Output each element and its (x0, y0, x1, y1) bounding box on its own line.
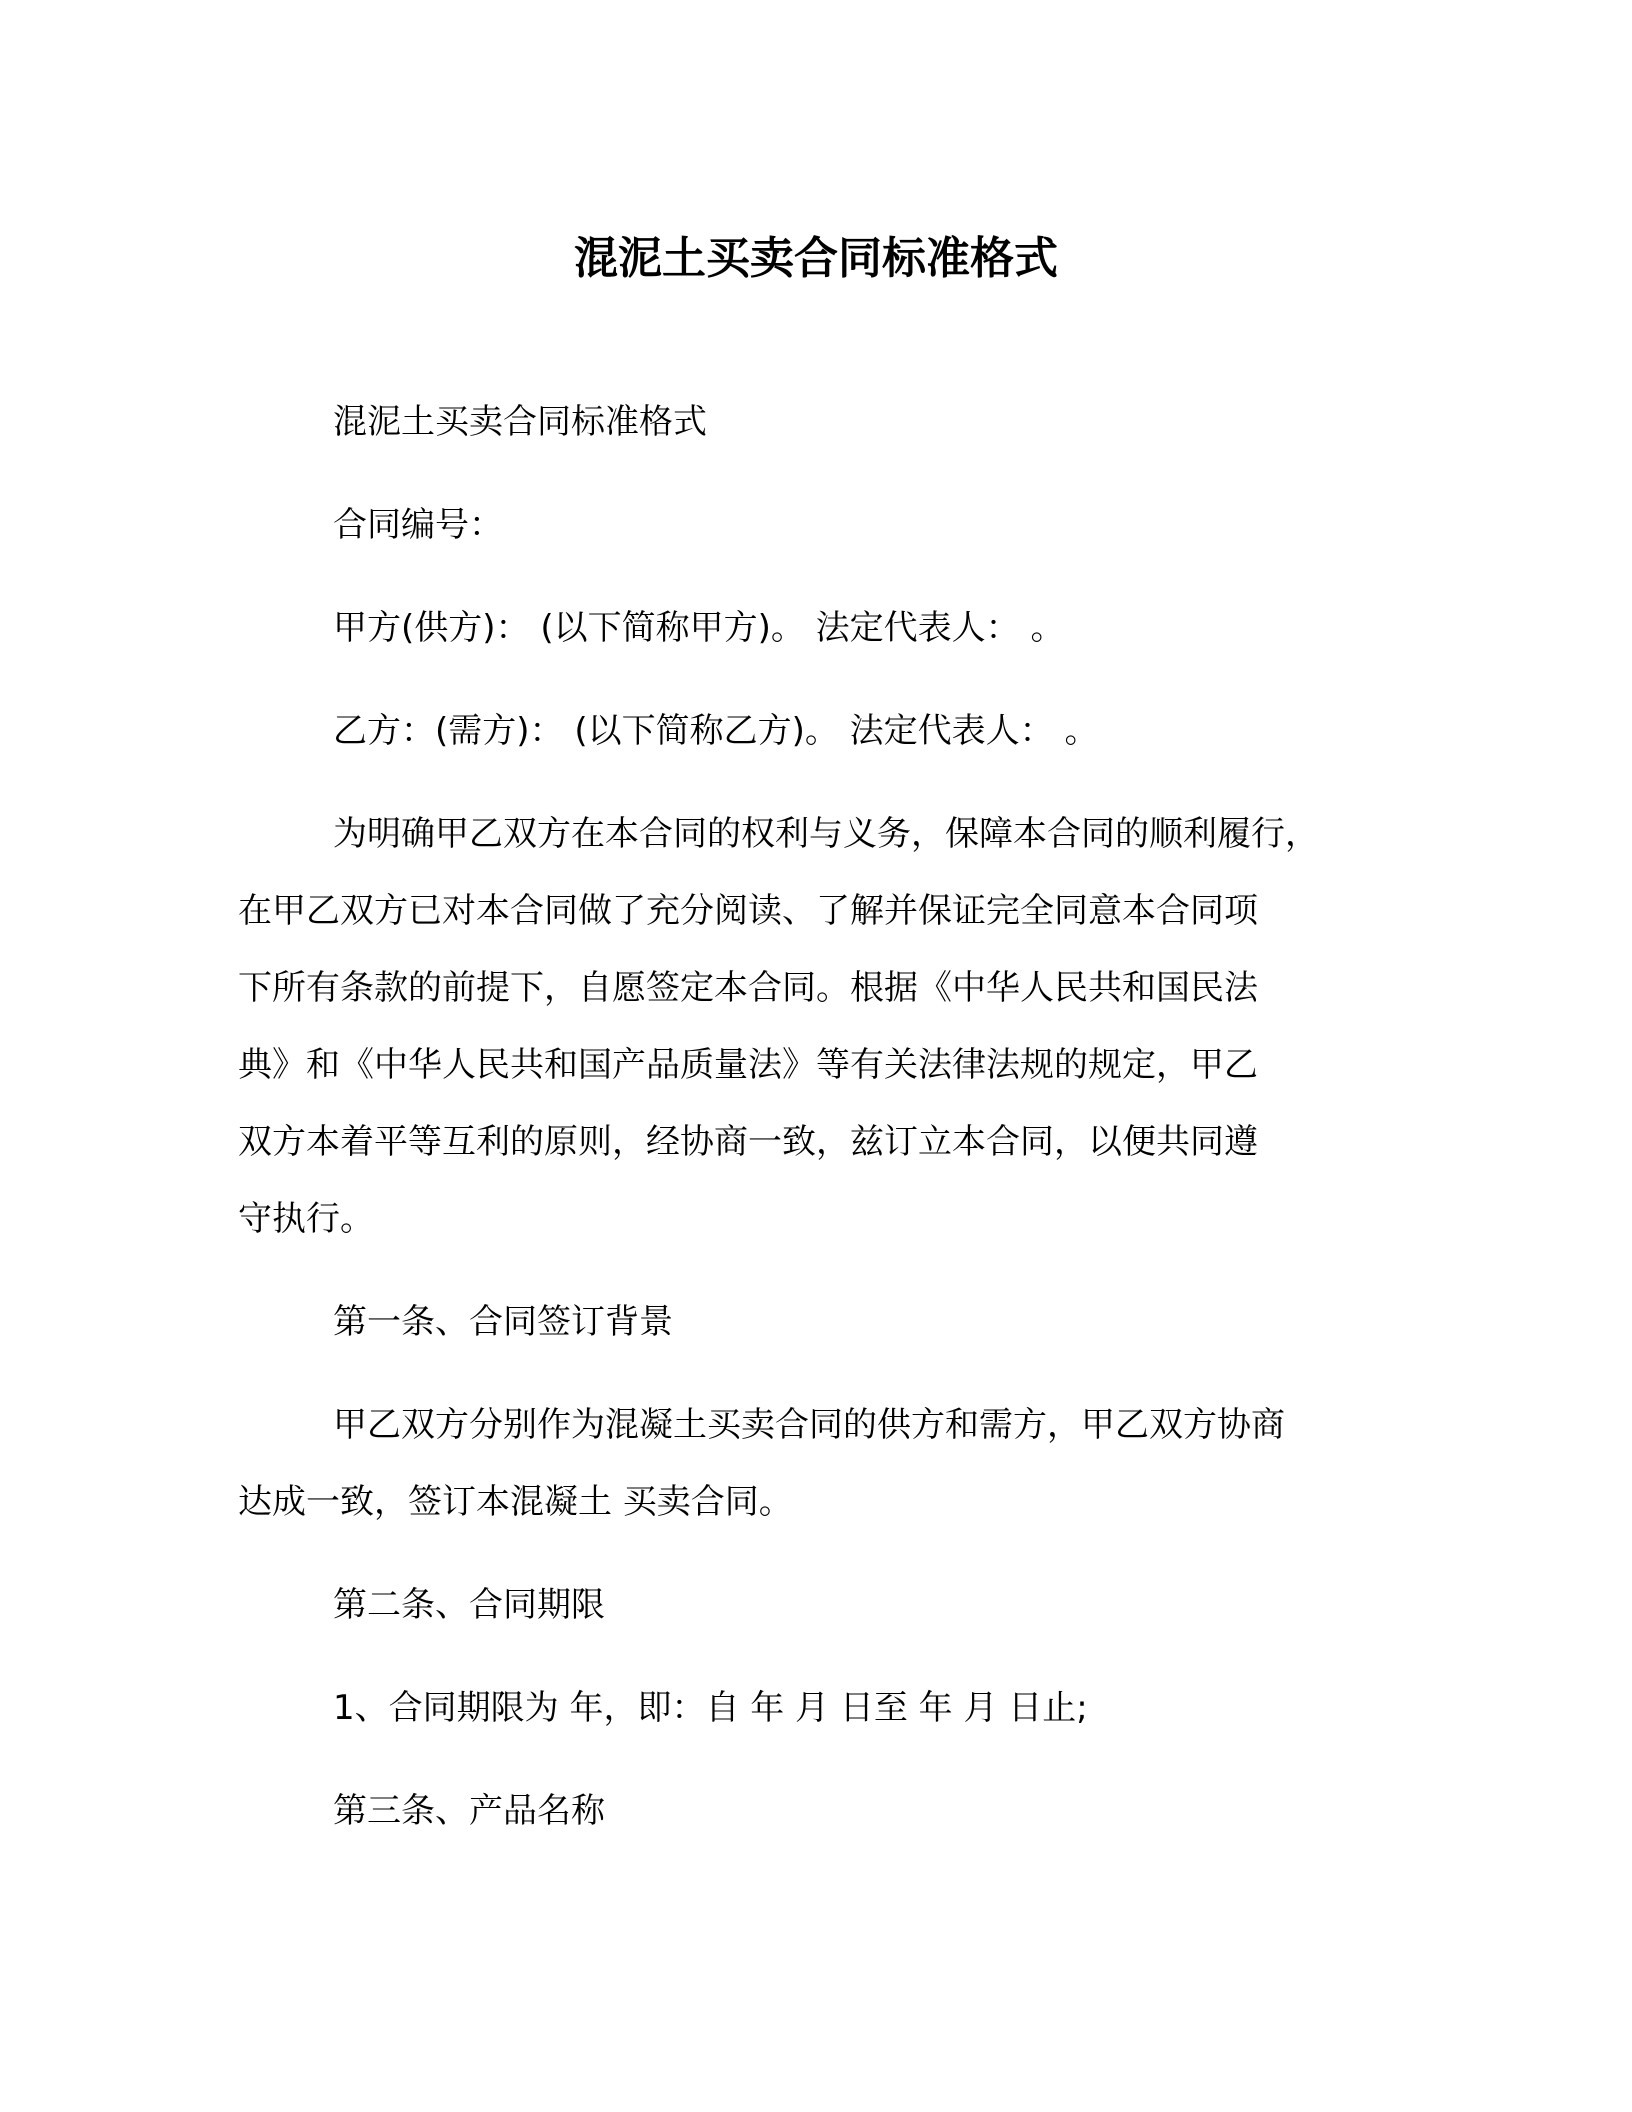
article-1-line: 达成一致，签订本混凝土 买卖合同。 (238, 1480, 793, 1524)
preamble-line: 在甲乙双方已对本合同做了充分阅读、了解并保证完全同意本合同项 (238, 889, 1258, 933)
document-subtitle: 混泥土买卖合同标准格式 (333, 400, 707, 444)
article-3-heading: 第三条、产品名称 (333, 1789, 605, 1833)
party-a-line: 甲方(供方)： (以下简称甲方)。 法定代表人： 。 (333, 606, 1064, 650)
article-1-heading: 第一条、合同签订背景 (333, 1300, 673, 1344)
article-1-line: 甲乙双方分别作为混凝土买卖合同的供方和需方，甲乙双方协商 (333, 1403, 1285, 1447)
article-2-heading: 第二条、合同期限 (333, 1583, 605, 1627)
preamble-line: 双方本着平等互利的原则，经协商一致，兹订立本合同，以便共同遵 (238, 1120, 1258, 1164)
article-2-item-1: 1、合同期限为 年，即：自 年 月 日至 年 月 日止; (333, 1686, 1088, 1730)
preamble-line: 为明确甲乙双方在本合同的权利与义务，保障本合同的顺利履行， (333, 812, 1319, 856)
preamble-line: 下所有条款的前提下，自愿签定本合同。根据《中华人民共和国民法 (238, 966, 1258, 1010)
contract-number-label: 合同编号： (333, 503, 503, 547)
preamble-line: 典》和《中华人民共和国产品质量法》等有关法律法规的规定，甲乙 (238, 1043, 1258, 1087)
preamble-line: 守执行。 (238, 1197, 374, 1241)
document-title: 混泥土买卖合同标准格式 (0, 222, 1632, 286)
party-b-line: 乙方：(需方)： (以下简称乙方)。 法定代表人： 。 (333, 709, 1098, 753)
